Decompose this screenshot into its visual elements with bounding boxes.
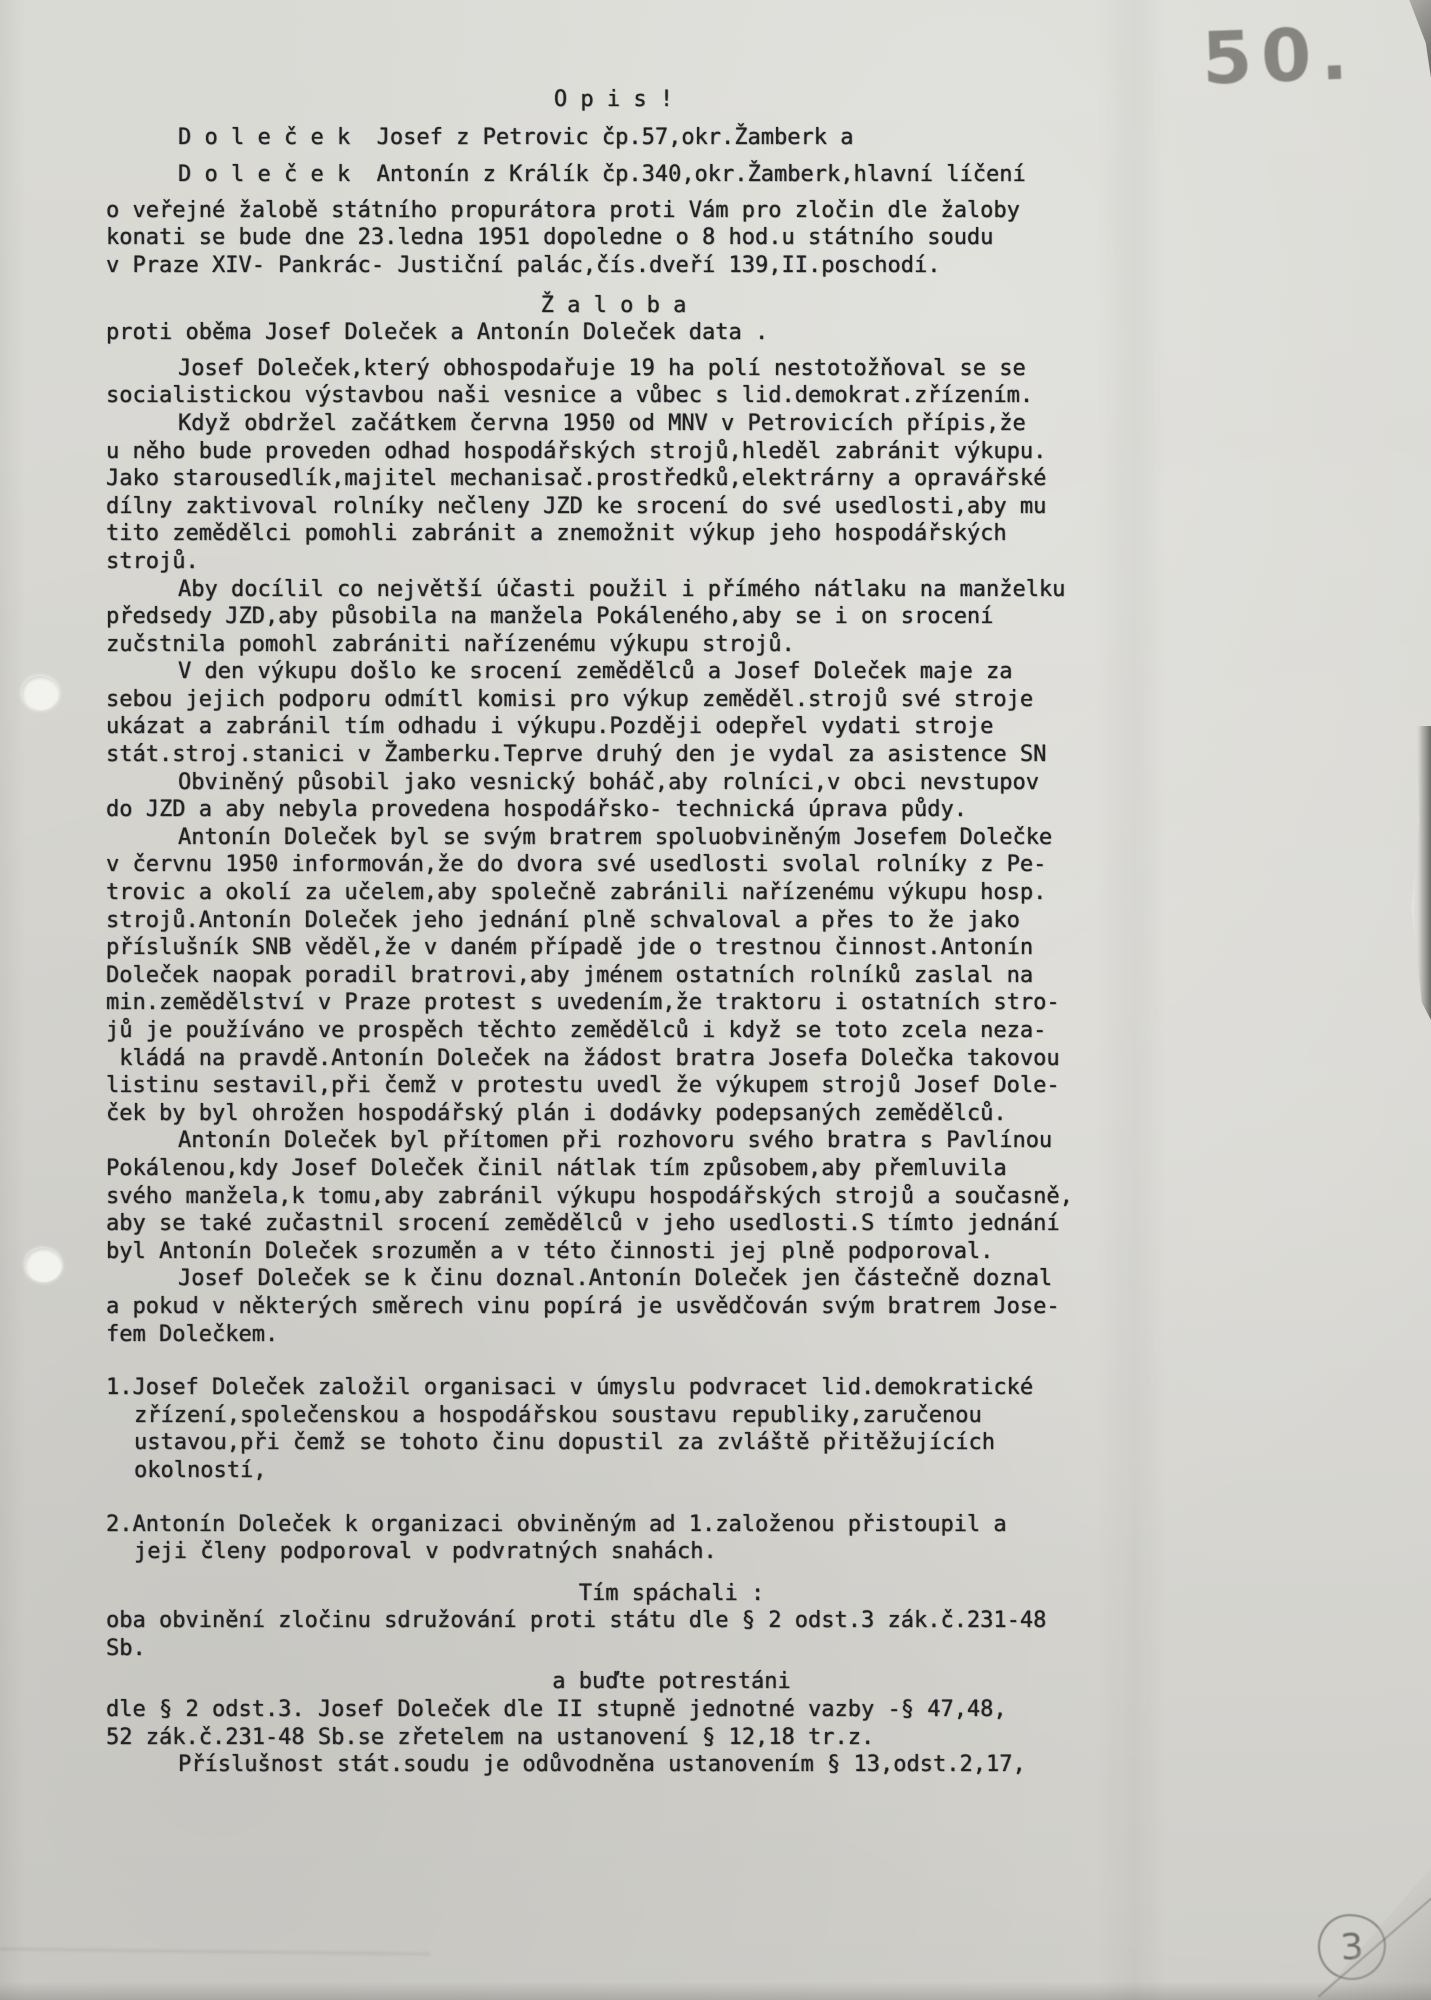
document-line: Aby docílil co největší účasti použil i … bbox=[106, 576, 1121, 604]
document-line: Jako starousedlík,majitel mechanisač.pro… bbox=[106, 465, 1121, 493]
document-line: v Praze XIV- Pankrác- Justiční palác,čís… bbox=[106, 252, 1121, 280]
document-line: a buďte potrestáni bbox=[164, 1668, 1179, 1696]
document-line: okolností, bbox=[106, 1457, 1121, 1485]
document-line: V den výkupu došlo ke srocení zemědělců … bbox=[106, 658, 1121, 686]
document-line: Sb. bbox=[106, 1635, 1121, 1663]
document-line: D o l e č e k Antonín z Králík čp.340,ok… bbox=[106, 161, 1121, 189]
document-line: oba obvinění zločinu sdružování proti st… bbox=[106, 1607, 1121, 1635]
document-line: Josef Doleček,který obhospodařuje 19 ha … bbox=[106, 355, 1121, 383]
document-line: příslušník SNB věděl,že v daném případě … bbox=[106, 934, 1121, 962]
document-line: Josef Doleček se k činu doznal.Antonín D… bbox=[106, 1265, 1121, 1293]
document-line: Ž a l o b a bbox=[106, 292, 1121, 320]
document-line: ček by byl ohrožen hospodářský plán i do… bbox=[106, 1100, 1121, 1128]
document-line: předsedy JZD,aby působila na manžela Pok… bbox=[106, 603, 1121, 631]
document-line: do JZD a aby nebyla provedena hospodářsk… bbox=[106, 796, 1121, 824]
document-line: jeji členy podporoval v podvratných snah… bbox=[106, 1538, 1121, 1566]
torn-edge-top-right bbox=[1396, 0, 1431, 78]
document-line: trovic a okolí za učelem,aby společně za… bbox=[106, 879, 1121, 907]
document-line: aby se také zučastnil srocení zemědělců … bbox=[106, 1210, 1121, 1238]
document-line: sebou jejich podporu odmítl komisi pro v… bbox=[106, 686, 1121, 714]
scanned-document-page: 50. O p i s !D o l e č e k Josef z Petro… bbox=[0, 0, 1431, 2000]
torn-edge-right bbox=[1408, 726, 1431, 1020]
punch-hole-top bbox=[22, 676, 59, 710]
document-line: zučstnila pomohl zabrániti nařízenému vý… bbox=[106, 631, 1121, 659]
document-line: svého manžela,k tomu,aby zabránil výkupu… bbox=[106, 1183, 1121, 1211]
document-line: Příslušnost stát.soudu je odůvodněna ust… bbox=[106, 1751, 1121, 1779]
document-line: zřízení,společenskou a hospodářskou sous… bbox=[106, 1402, 1121, 1430]
document-line: konati se bude dne 23.ledna 1951 dopoled… bbox=[106, 224, 1121, 252]
document-line: strojů.Antonín Doleček jeho jednání plně… bbox=[106, 907, 1121, 935]
document-line: tito zemědělci pomohli zabránit a znemož… bbox=[106, 520, 1121, 548]
document-line: jů je používáno ve prospěch těchto zeměd… bbox=[106, 1017, 1121, 1045]
document-line: dle § 2 odst.3. Josef Doleček dle II stu… bbox=[106, 1696, 1121, 1724]
document-line: Když obdržel začátkem června 1950 od MNV… bbox=[106, 410, 1121, 438]
document-line: fem Dolečkem. bbox=[106, 1321, 1121, 1349]
document-line: D o l e č e k Josef z Petrovic čp.57,okr… bbox=[106, 124, 1121, 152]
document-line: ukázat a zabránil tím odhadu i výkupu.Po… bbox=[106, 713, 1121, 741]
document-line: byl Antonín Doleček srozuměn a v této či… bbox=[106, 1238, 1121, 1266]
handwritten-page-number: 50. bbox=[1201, 11, 1358, 100]
document-line: Obviněný působil jako vesnický boháč,aby… bbox=[106, 769, 1121, 797]
document-line: Tím spáchali : bbox=[164, 1580, 1179, 1608]
document-line: u něho bude proveden odhad hospodářských… bbox=[106, 438, 1121, 466]
punch-hole-bottom bbox=[25, 1248, 62, 1282]
document-line: dílny zaktivoval rolníky nečleny JZD ke … bbox=[106, 493, 1121, 521]
document-line: proti oběma Josef Doleček a Antonín Dole… bbox=[106, 319, 1121, 347]
paper-edge-bottom bbox=[0, 1982, 1431, 2000]
crease-bottom-left bbox=[0, 1947, 430, 1955]
document-line: 2.Antonín Doleček k organizaci obviněným… bbox=[106, 1511, 1121, 1539]
document-line: 52 zák.č.231-48 Sb.se zřetelem na ustano… bbox=[106, 1724, 1121, 1752]
document-line: Antonín Doleček byl přítomen při rozhovo… bbox=[106, 1127, 1121, 1155]
document-line: a pokud v některých směrech vinu popírá … bbox=[106, 1293, 1121, 1321]
paper-shading-right bbox=[1096, 0, 1166, 2000]
document-line: min.zemědělství v Praze protest s uveden… bbox=[106, 989, 1121, 1017]
document-line: ustavou,při čemž se tohoto činu dopustil… bbox=[106, 1429, 1121, 1457]
document-line: Pokálenou,kdy Josef Doleček činil nátlak… bbox=[106, 1155, 1121, 1183]
document-line: stát.stroj.stanici v Žamberku.Teprve dru… bbox=[106, 741, 1121, 769]
document-line: 1.Josef Doleček založil organisaci v úmy… bbox=[106, 1374, 1121, 1402]
document-line: v červnu 1950 informován,že do dvora své… bbox=[106, 851, 1121, 879]
document-body: O p i s !D o l e č e k Josef z Petrovic … bbox=[106, 86, 1121, 1779]
paper-shading-left bbox=[0, 0, 26, 2000]
document-line: O p i s ! bbox=[106, 86, 1121, 114]
document-line: o veřejné žalobě státního propurátora pr… bbox=[106, 197, 1121, 225]
document-line: kládá na pravdě.Antonín Doleček na žádos… bbox=[106, 1045, 1121, 1073]
document-line: Antonín Doleček byl se svým bratrem spol… bbox=[106, 824, 1121, 852]
document-line: Doleček naopak poradil bratrovi,aby jmén… bbox=[106, 962, 1121, 990]
document-line: socialistickou výstavbou naši vesnice a … bbox=[106, 382, 1121, 410]
document-line: strojů. bbox=[106, 548, 1121, 576]
document-line: listinu sestavil,při čemž v protestu uve… bbox=[106, 1072, 1121, 1100]
